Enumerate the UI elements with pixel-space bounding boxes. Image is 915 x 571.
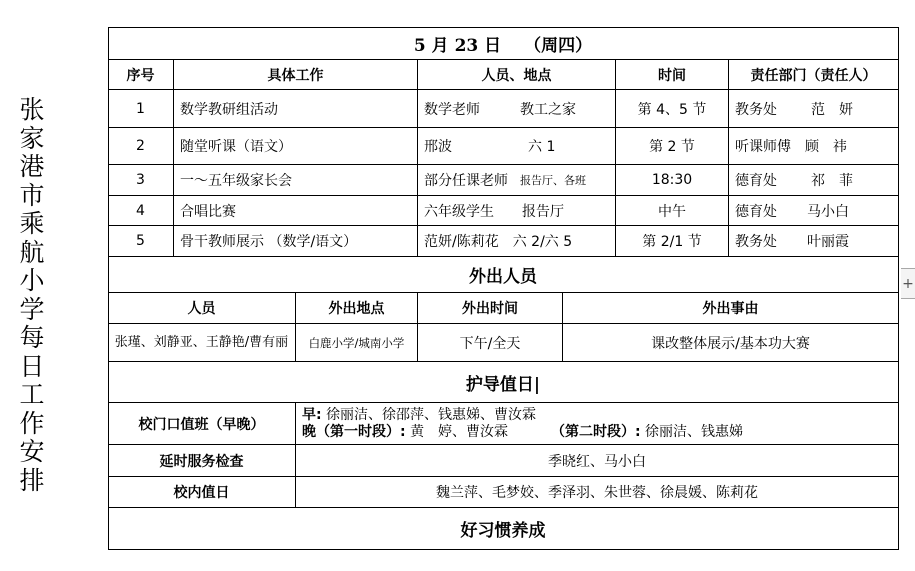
side-title-char: 市 [16, 182, 48, 211]
outing-time[interactable]: 下午/全天 [418, 324, 563, 362]
campus-duty-names[interactable]: 魏兰萍、毛梦姣、季泽羽、朱世蓉、徐晨媛、陈莉花 [296, 477, 899, 508]
outing-header-place: 外出地点 [296, 293, 418, 324]
row1-dept-name: 教务处 [735, 99, 777, 119]
evening-label-2: （第二时段）: [551, 424, 641, 440]
row1-time[interactable]: 第 4、5 节 [616, 90, 729, 128]
header-no: 序号 [108, 60, 174, 90]
side-title-char: 航 [16, 239, 48, 268]
morning-label: 早: [302, 407, 322, 423]
row3-time[interactable]: 18:30 [616, 165, 729, 196]
duty-section-title: 护导值日| [108, 362, 899, 403]
gate-duty-label: 校门口值班（早晚） [108, 403, 296, 445]
habits-section-title: 好习惯养成 [108, 508, 899, 550]
morning-names: 徐丽洁、徐邵萍、钱惠娣、曹汝霖 [326, 407, 536, 423]
outing-reason[interactable]: 课改整体展示/基本功大赛 [563, 324, 899, 362]
row5-person: 叶丽霞 [807, 231, 849, 251]
row1-person: 范 妍 [811, 99, 853, 119]
row5-place: 六 2/六 5 [513, 231, 572, 251]
row2-dept-name: 听课师傅 [735, 136, 791, 156]
side-title-char: 每 [16, 324, 48, 353]
row5-people: 范妍/陈莉花 [424, 231, 499, 251]
header-people-place: 人员、地点 [418, 60, 616, 90]
gate-evening-line: 晚（第一时段）: 黄 婷、曹汝霖 （第二时段）: 徐丽洁、钱惠娣 [302, 424, 743, 441]
row4-dept[interactable]: 德育处 马小白 [729, 196, 899, 226]
row2-place: 六 1 [528, 136, 555, 156]
row1-task[interactable]: 数学教研组活动 [174, 90, 418, 128]
row3-dept-name: 德育处 [735, 170, 777, 190]
row4-people-place[interactable]: 六年级学生 报告厅 [418, 196, 616, 226]
outing-header-time: 外出时间 [418, 293, 563, 324]
row4-place: 报告厅 [522, 201, 564, 221]
row3-no: 3 [108, 165, 174, 196]
side-title-char: 安 [16, 438, 48, 467]
date-title[interactable]: 5 月 23 日 （周四） [108, 27, 899, 60]
row2-person: 顾 祎 [805, 136, 847, 156]
header-dept: 责任部门（责任人） [729, 60, 899, 90]
row2-task[interactable]: 随堂听课（语文） [174, 128, 418, 165]
row2-no: 2 [108, 128, 174, 165]
row4-time[interactable]: 中午 [616, 196, 729, 226]
row2-dept[interactable]: 听课师傅 顾 祎 [729, 128, 899, 165]
outing-header-people: 人员 [108, 293, 296, 324]
row1-people: 数学老师 [424, 99, 480, 119]
delay-service-names[interactable]: 季晓红、马小白 [296, 445, 899, 477]
row5-no: 5 [108, 226, 174, 257]
row1-place: 教工之家 [520, 99, 576, 119]
side-title-char: 乘 [16, 210, 48, 239]
row5-people-place[interactable]: 范妍/陈莉花 六 2/六 5 [418, 226, 616, 257]
row3-dept[interactable]: 德育处 祁 菲 [729, 165, 899, 196]
side-title-char: 家 [16, 125, 48, 154]
row3-people: 部分任课老师 [424, 170, 508, 190]
row4-task[interactable]: 合唱比赛 [174, 196, 418, 226]
row2-time[interactable]: 第 2 节 [616, 128, 729, 165]
add-row-button[interactable]: + [901, 268, 915, 299]
row1-no: 1 [108, 90, 174, 128]
header-time: 时间 [616, 60, 729, 90]
daily-schedule-table: 5 月 23 日 （周四） 序号 具体工作 人员、地点 时间 责任部门（责任人）… [108, 27, 899, 550]
row5-dept-name: 教务处 [735, 231, 777, 251]
row5-dept[interactable]: 教务处 叶丽霞 [729, 226, 899, 257]
evening-names-1: 黄 婷、曹汝霖 [410, 424, 508, 440]
outing-place[interactable]: 白鹿小学/城南小学 [296, 324, 418, 362]
outing-header-reason: 外出事由 [563, 293, 899, 324]
side-title-char: 港 [16, 153, 48, 182]
row1-people-place[interactable]: 数学老师 教工之家 [418, 90, 616, 128]
side-title-char: 张 [16, 96, 48, 125]
evening-names-2: 徐丽洁、钱惠娣 [645, 424, 743, 440]
row2-people: 邢波 [424, 136, 452, 156]
row3-task[interactable]: 一～五年级家长会 [174, 165, 418, 196]
side-title-char: 学 [16, 296, 48, 325]
row4-people: 六年级学生 [424, 201, 494, 221]
side-title-char: 作 [16, 410, 48, 439]
row1-dept[interactable]: 教务处 范 妍 [729, 90, 899, 128]
side-title-char: 日 [16, 353, 48, 382]
evening-label-1: 晚（第一时段）: [302, 424, 406, 440]
side-title-char: 排 [16, 467, 48, 496]
header-task: 具体工作 [174, 60, 418, 90]
row5-time[interactable]: 第 2/1 节 [616, 226, 729, 257]
row2-people-place[interactable]: 邢波 六 1 [418, 128, 616, 165]
row3-place: 报告厅、各班 [520, 172, 586, 188]
row4-person: 马小白 [807, 201, 849, 221]
campus-duty-label: 校内值日 [108, 477, 296, 508]
row5-task[interactable]: 骨干教师展示 （数学/语文） [174, 226, 418, 257]
outing-people[interactable]: 张瑾、刘静亚、王静艳/曹有丽 [108, 324, 296, 362]
row4-dept-name: 德育处 [735, 201, 777, 221]
row3-person: 祁 菲 [811, 170, 853, 190]
row3-people-place[interactable]: 部分任课老师 报告厅、各班 [418, 165, 616, 196]
plus-icon: + [902, 276, 914, 292]
gate-morning-line: 早: 徐丽洁、徐邵萍、钱惠娣、曹汝霖 [302, 407, 536, 424]
side-title-char: 工 [16, 381, 48, 410]
side-title-char: 小 [16, 267, 48, 296]
document-side-title: 张 家 港 市 乘 航 小 学 每 日 工 作 安 排 [16, 96, 48, 495]
gate-duty-names[interactable]: 早: 徐丽洁、徐邵萍、钱惠娣、曹汝霖 晚（第一时段）: 黄 婷、曹汝霖 （第二时… [296, 403, 899, 445]
outing-section-title: 外出人员 [108, 257, 899, 293]
row4-no: 4 [108, 196, 174, 226]
delay-service-label: 延时服务检查 [108, 445, 296, 477]
